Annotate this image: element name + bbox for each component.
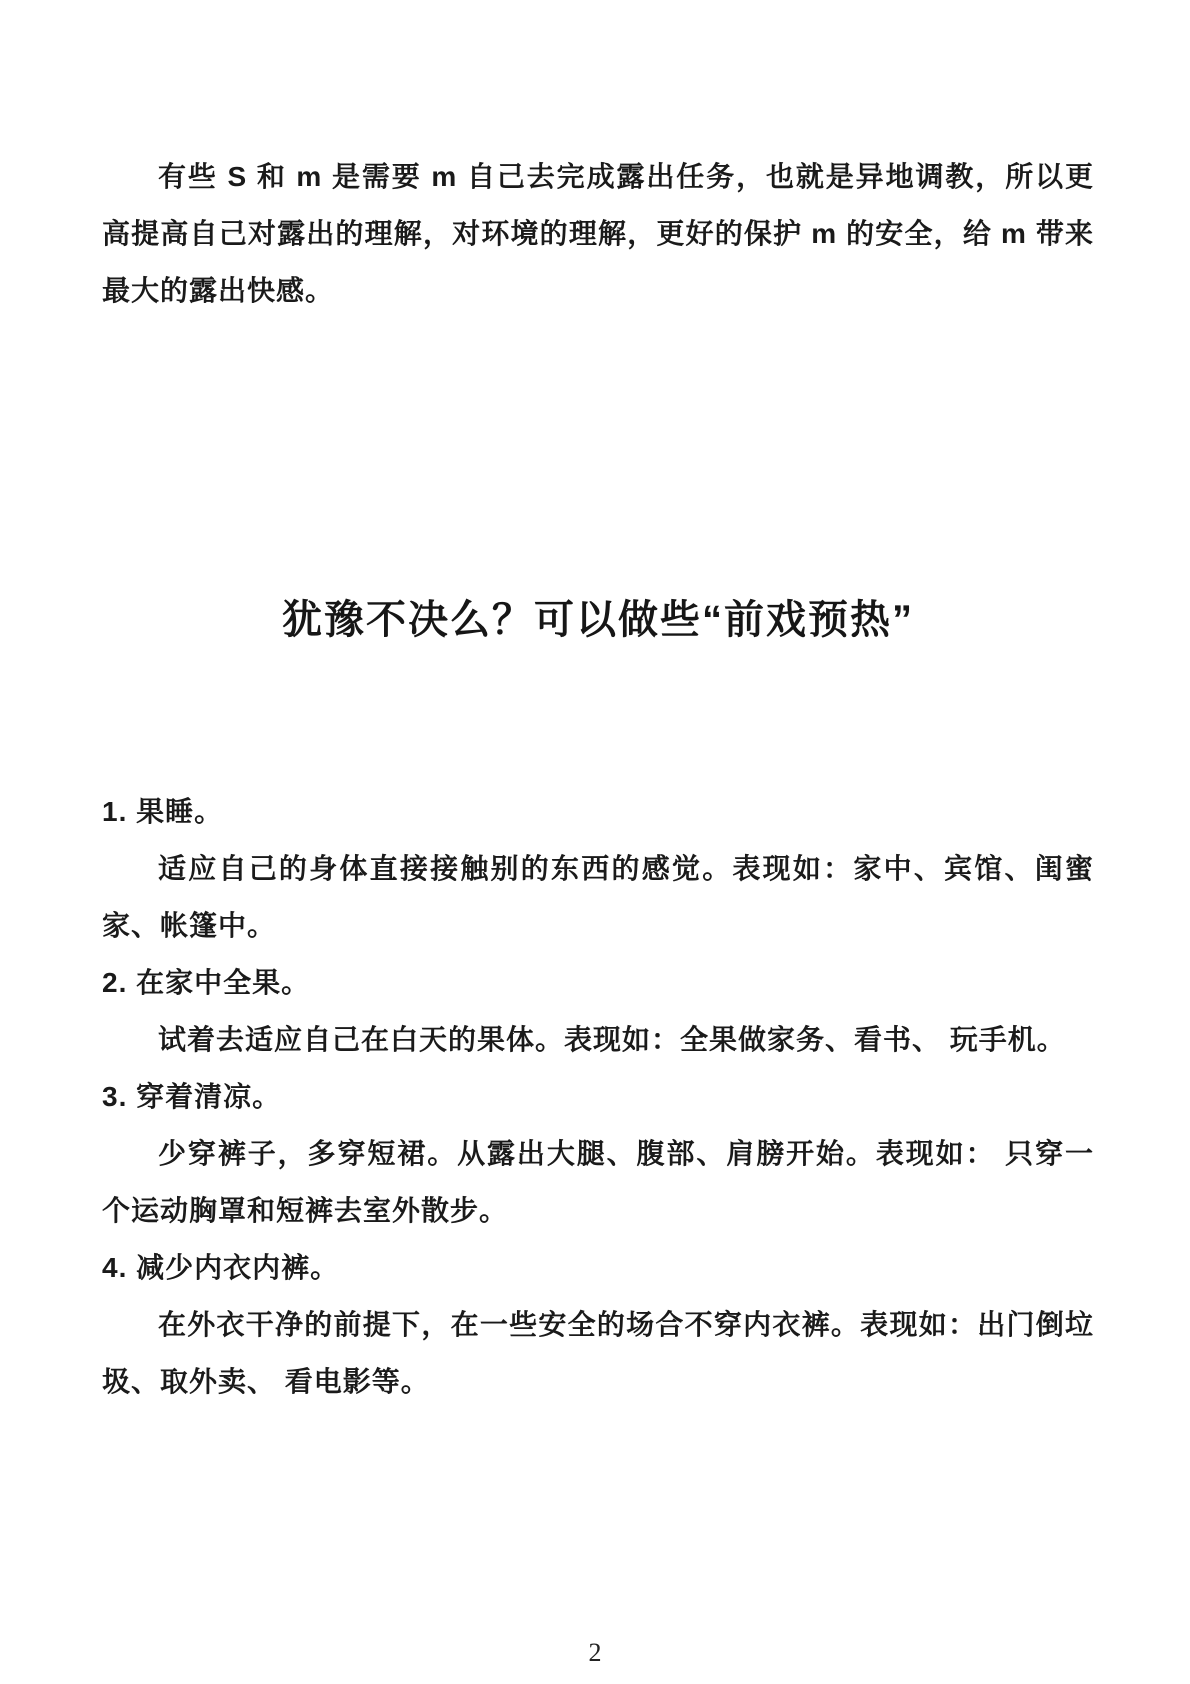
list-item-description: 少穿裤子，多穿短裙。从露出大腿、腹部、肩膀开始。表现如： 只穿一个运动胸罩和短裤… (102, 1125, 1094, 1239)
list-item-title: 1. 果睡。 (102, 783, 1094, 840)
preheat-list: 1. 果睡。 适应自己的身体直接接触别的东西的感觉。表现如：家中、宾馆、闺蜜家、… (102, 783, 1094, 1410)
list-item-description: 在外衣干净的前提下，在一些安全的场合不穿内衣裤。表现如：出门倒垃圾、取外卖、 看… (102, 1296, 1094, 1410)
section-heading: 犹豫不决么？可以做些“前戏预热” (102, 600, 1094, 640)
list-item-description: 适应自己的身体直接接触别的东西的感觉。表现如：家中、宾馆、闺蜜家、帐篷中。 (102, 840, 1094, 954)
list-item: 1. 果睡。 适应自己的身体直接接触别的东西的感觉。表现如：家中、宾馆、闺蜜家、… (102, 783, 1094, 954)
page-content: 有些 S 和 m 是需要 m 自己去完成露出任务，也就是异地调教，所以更高提高自… (0, 0, 1190, 1410)
document-page: 有些 S 和 m 是需要 m 自己去完成露出任务，也就是异地调教，所以更高提高自… (0, 0, 1190, 1684)
list-item-title: 4. 减少内衣内裤。 (102, 1239, 1094, 1296)
intro-paragraph: 有些 S 和 m 是需要 m 自己去完成露出任务，也就是异地调教，所以更高提高自… (102, 0, 1094, 319)
list-item: 4. 减少内衣内裤。 在外衣干净的前提下，在一些安全的场合不穿内衣裤。表现如：出… (102, 1239, 1094, 1410)
page-number: 2 (0, 1638, 1190, 1668)
list-item-title: 3. 穿着清凉。 (102, 1068, 1094, 1125)
list-item-description: 试着去适应自己在白天的果体。表现如：全果做家务、看书、 玩手机。 (102, 1011, 1094, 1068)
list-item-title: 2. 在家中全果。 (102, 954, 1094, 1011)
list-item: 2. 在家中全果。 试着去适应自己在白天的果体。表现如：全果做家务、看书、 玩手… (102, 954, 1094, 1068)
list-item: 3. 穿着清凉。 少穿裤子，多穿短裙。从露出大腿、腹部、肩膀开始。表现如： 只穿… (102, 1068, 1094, 1239)
